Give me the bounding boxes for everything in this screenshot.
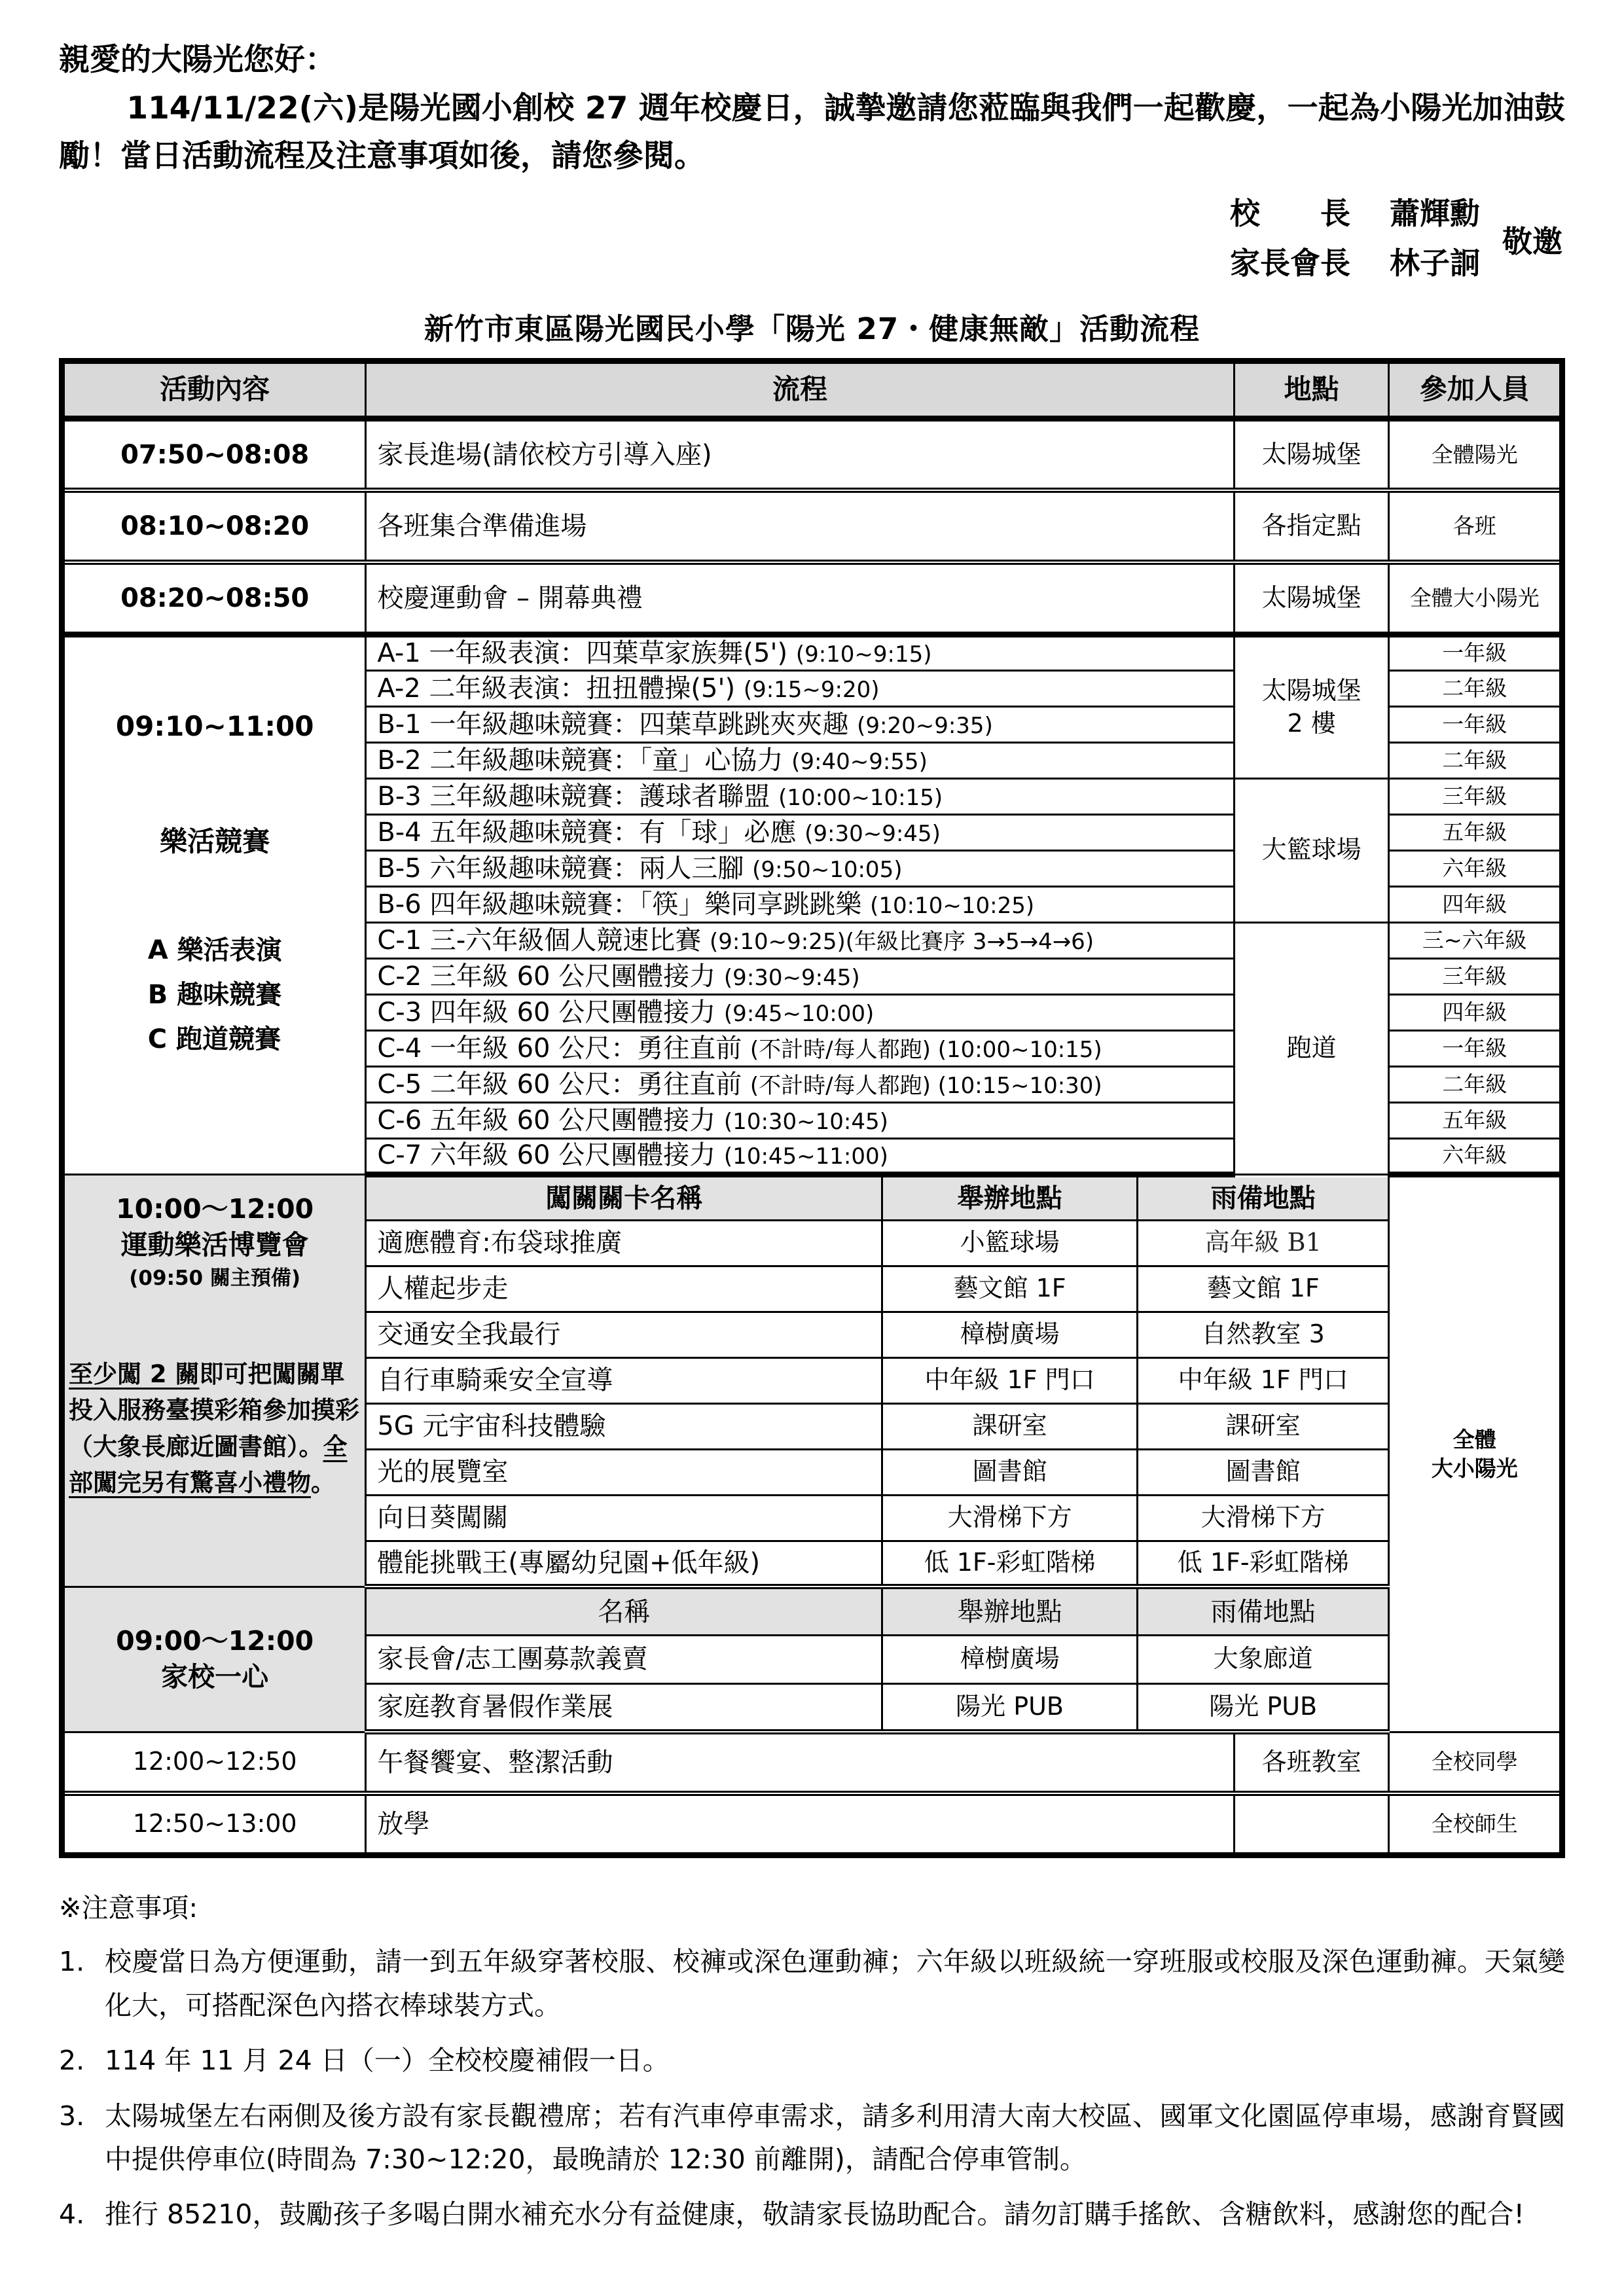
- participants-cell: 全校師生: [1389, 1793, 1562, 1855]
- family-venue-header: 舉辦地點: [882, 1587, 1138, 1635]
- table-row: 12:00~12:50 午餐饗宴、整潔活動 各班教室 全校同學: [62, 1732, 1562, 1793]
- station-name-header: 闖關關卡名稱: [366, 1174, 882, 1220]
- note-number: 4.: [59, 2193, 105, 2236]
- station-rain-venue: 低 1F-彩虹階梯: [1137, 1541, 1389, 1587]
- station-rain-venue: 課研室: [1137, 1403, 1389, 1449]
- station-name: 自行車騎乘安全宣導: [366, 1357, 882, 1403]
- participants-cell: 四年級: [1389, 886, 1562, 922]
- note-item: 2. 114 年 11 月 24 日（一）全校校慶補假一日。: [59, 2039, 1565, 2082]
- station-venue: 低 1F-彩虹階梯: [882, 1541, 1138, 1587]
- time-cell: 12:00~12:50: [62, 1732, 366, 1793]
- event-cell: B-1 一年級趣味競賽：四葉草跳跳夾夾趣 (9:20~9:35): [366, 706, 1234, 742]
- note-text: 校慶當日為方便運動，請一到五年級穿著校服、校褲或深色運動褲；六年級以班級統一穿班…: [105, 1940, 1565, 2027]
- participants-cell: 六年級: [1389, 1138, 1562, 1174]
- place-cell: [1234, 1793, 1389, 1855]
- family-item-venue: 陽光 PUB: [882, 1683, 1138, 1732]
- station-rain-venue: 自然教室 3: [1137, 1312, 1389, 1357]
- flow-cell: 午餐饗宴、整潔活動: [366, 1732, 1234, 1793]
- station-name: 體能挑戰王(專屬幼兒園+低年級): [366, 1541, 882, 1587]
- station-venue: 樟樹廣場: [882, 1312, 1138, 1357]
- table-row: 09:10~11:00 樂活競賽 A 樂活表演 B 趣味競賽 C 跑道競賽 A-…: [62, 634, 1562, 670]
- note-number: 2.: [59, 2039, 105, 2082]
- header-content: 活動內容: [62, 361, 366, 418]
- participants-merged-cell: 全體大小陽光: [1389, 1174, 1562, 1732]
- lohas-legend: A 樂活表演 B 趣味競賽 C 跑道競賽: [148, 935, 282, 1054]
- table-row: 08:10~08:20 各班集合準備進場 各指定點 各班: [62, 490, 1562, 562]
- event-cell: C-4 一年級 60 公尺：勇往直前 (不計時/每人都跑) (10:00~10:…: [366, 1030, 1234, 1066]
- venue-cell: 大籃球場: [1234, 778, 1389, 922]
- greeting-text: 親愛的大陽光您好：: [59, 38, 1565, 82]
- schedule-title: 新竹市東區陽光國民小學「陽光 27・健康無敵」活動流程: [59, 305, 1565, 348]
- participants-cell: 三年級: [1389, 958, 1562, 994]
- flow-cell: 家長進場(請依校方引導入座): [366, 418, 1234, 490]
- time-cell: 08:20~08:50: [62, 562, 366, 634]
- participants-cell: 一年級: [1389, 1030, 1562, 1066]
- document-page: 親愛的大陽光您好： 114/11/22(六)是陽光國小創校 27 週年校慶日，誠…: [0, 0, 1624, 2296]
- note-text: 114 年 11 月 24 日（一）全校校慶補假一日。: [105, 2039, 1565, 2082]
- rain-venue-header: 雨備地點: [1137, 1174, 1389, 1220]
- event-cell: C-7 六年級 60 公尺團體接力 (10:45~11:00): [366, 1138, 1234, 1174]
- participants-cell: 各班: [1389, 490, 1562, 562]
- participants-cell: 全體陽光: [1389, 418, 1562, 490]
- lohas-legend-item: B 趣味競賽: [148, 980, 281, 1010]
- family-time: 09:00～12:00: [65, 1626, 365, 1657]
- place-cell: 太陽城堡: [1234, 562, 1389, 634]
- invite-label: 敬邀: [1502, 211, 1562, 261]
- participants-cell: 五年級: [1389, 1102, 1562, 1138]
- participants-cell: 三~六年級: [1389, 922, 1562, 958]
- participants-cell: 一年級: [1389, 706, 1562, 742]
- station-venue: 圖書館: [882, 1449, 1138, 1495]
- event-cell: A-1 一年級表演：四葉草家族舞(5') (9:10~9:15): [366, 634, 1234, 670]
- participants-cell: 二年級: [1389, 1066, 1562, 1102]
- station-name: 適應體育:布袋球推廣: [366, 1220, 882, 1266]
- participants-cell: 全校同學: [1389, 1732, 1562, 1793]
- note-number: 3.: [59, 2094, 105, 2181]
- participants-cell: 二年級: [1389, 742, 1562, 778]
- venue-header: 舉辦地點: [882, 1174, 1138, 1220]
- participants-cell: 六年級: [1389, 850, 1562, 886]
- participants-cell: 一年級: [1389, 634, 1562, 670]
- expo-section-cell: 10:00～12:00 運動樂活博覽會 (09:50 關主預備) 至少闖 2 關…: [62, 1174, 366, 1587]
- header-flow: 流程: [366, 361, 1234, 418]
- station-name: 向日葵闖關: [366, 1495, 882, 1541]
- principal-title: 校 長: [1230, 190, 1350, 233]
- lohas-section-cell: 09:10~11:00 樂活競賽 A 樂活表演 B 趣味競賽 C 跑道競賽: [62, 634, 366, 1174]
- family-section-cell: 09:00～12:00 家校一心: [62, 1587, 366, 1732]
- header-participants: 參加人員: [1389, 361, 1562, 418]
- participants-cell: 二年級: [1389, 670, 1562, 706]
- chair-title: 家長會長: [1230, 240, 1350, 283]
- principal-name: 蕭輝勳: [1390, 190, 1480, 233]
- lohas-title: 樂活競賽: [160, 826, 270, 857]
- schedule-table: 活動內容 流程 地點 參加人員 07:50~08:08 家長進場(請依校方引導入…: [59, 358, 1565, 1858]
- family-header-row: 09:00～12:00 家校一心 名稱 舉辦地點 雨備地點: [62, 1587, 1562, 1635]
- event-cell: B-3 三年級趣味競賽：護球者聯盟 (10:00~10:15): [366, 778, 1234, 814]
- notes-title: ※注意事項:: [59, 1888, 1565, 1929]
- flow-cell: 放學: [366, 1793, 1234, 1855]
- place-cell: 各班教室: [1234, 1732, 1389, 1793]
- time-cell: 07:50~08:08: [62, 418, 366, 490]
- lohas-time: 09:10~11:00: [116, 711, 314, 742]
- lohas-legend-item: A 樂活表演: [148, 935, 282, 965]
- expo-subtitle: (09:50 關主預備): [129, 1267, 300, 1291]
- chair-line: 家長會長 林子詗: [1230, 240, 1480, 283]
- family-item-name: 家庭教育暑假作業展: [366, 1683, 882, 1732]
- note-number: 1.: [59, 1940, 105, 2027]
- table-row: 07:50~08:08 家長進場(請依校方引導入座) 太陽城堡 全體陽光: [62, 418, 1562, 490]
- station-venue: 中年級 1F 門口: [882, 1357, 1138, 1403]
- notes-section: ※注意事項: 1. 校慶當日為方便運動，請一到五年級穿著校服、校褲或深色運動褲；…: [59, 1888, 1565, 2236]
- participants-cell: 全體大小陽光: [1389, 562, 1562, 634]
- station-venue: 課研室: [882, 1403, 1138, 1449]
- family-title: 家校一心: [65, 1662, 365, 1693]
- place-cell: 太陽城堡: [1234, 418, 1389, 490]
- note-text: 推行 85210，鼓勵孩子多喝白開水補充水分有益健康，敬請家長協助配合。請勿訂購…: [105, 2193, 1565, 2236]
- expo-header-row: 10:00～12:00 運動樂活博覽會 (09:50 關主預備) 至少闖 2 關…: [62, 1174, 1562, 1220]
- family-item-rain: 大象廊道: [1137, 1635, 1389, 1683]
- signature-block: 校 長 蕭輝勳 家長會長 林子詗 敬邀: [59, 190, 1565, 283]
- participants-cell: 三年級: [1389, 778, 1562, 814]
- participants-cell: 四年級: [1389, 994, 1562, 1030]
- event-cell: C-1 三-六年級個人競速比賽 (9:10~9:25)(年級比賽序 3→5→4→…: [366, 922, 1234, 958]
- place-cell: 各指定點: [1234, 490, 1389, 562]
- table-header-row: 活動內容 流程 地點 參加人員: [62, 361, 1562, 418]
- time-cell: 08:10~08:20: [62, 490, 366, 562]
- station-name: 光的展覽室: [366, 1449, 882, 1495]
- station-venue: 大滑梯下方: [882, 1495, 1138, 1541]
- expo-time: 10:00～12:00: [116, 1194, 314, 1225]
- station-name: 交通安全我最行: [366, 1312, 882, 1357]
- event-cell: B-4 五年級趣味競賽：有「球」必應 (9:30~9:45): [366, 814, 1234, 850]
- expo-title: 運動樂活博覽會: [121, 1230, 309, 1261]
- lohas-legend-item: C 跑道競賽: [148, 1024, 281, 1054]
- family-item-rain: 陽光 PUB: [1137, 1683, 1389, 1732]
- event-cell: B-5 六年級趣味競賽：兩人三腳 (9:50~10:05): [366, 850, 1234, 886]
- time-cell: 12:50~13:00: [62, 1793, 366, 1855]
- flow-cell: 各班集合準備進場: [366, 490, 1234, 562]
- event-cell: C-6 五年級 60 公尺團體接力 (10:30~10:45): [366, 1102, 1234, 1138]
- participants-cell: 五年級: [1389, 814, 1562, 850]
- expo-stack: 10:00～12:00 運動樂活博覽會 (09:50 關主預備) 至少闖 2 關…: [65, 1175, 365, 1501]
- event-cell: B-6 四年級趣味競賽：「筷」樂同享跳跳樂 (10:10~10:25): [366, 886, 1234, 922]
- expo-note: 至少闖 2 關即可把闖關單投入服務臺摸彩箱參加摸彩（大象長廊近圖書館）。全部闖完…: [65, 1356, 365, 1501]
- station-rain-venue: 圖書館: [1137, 1449, 1389, 1495]
- station-name: 人權起步走: [366, 1266, 882, 1312]
- header-place: 地點: [1234, 361, 1389, 418]
- principal-line: 校 長 蕭輝勳: [1230, 190, 1480, 233]
- station-rain-venue: 大滑梯下方: [1137, 1495, 1389, 1541]
- family-item-venue: 樟樹廣場: [882, 1635, 1138, 1683]
- table-row: 12:50~13:00 放學 全校師生: [62, 1793, 1562, 1855]
- station-rain-venue: 中年級 1F 門口: [1137, 1357, 1389, 1403]
- intro-paragraph: 114/11/22(六)是陽光國小創校 27 週年校慶日，誠摯邀請您蒞臨與我們一…: [59, 85, 1565, 181]
- event-cell: C-5 二年級 60 公尺：勇往直前 (不計時/每人都跑) (10:15~10:…: [366, 1066, 1234, 1102]
- chair-name: 林子詗: [1390, 240, 1480, 283]
- event-cell: C-2 三年級 60 公尺團體接力 (9:30~9:45): [366, 958, 1234, 994]
- flow-cell: 校慶運動會 – 開幕典禮: [366, 562, 1234, 634]
- event-cell: C-3 四年級 60 公尺團體接力 (9:45~10:00): [366, 994, 1234, 1030]
- note-item: 1. 校慶當日為方便運動，請一到五年級穿著校服、校褲或深色運動褲；六年級以班級統…: [59, 1940, 1565, 2027]
- table-row: 08:20~08:50 校慶運動會 – 開幕典禮 太陽城堡 全體大小陽光: [62, 562, 1562, 634]
- note-text: 太陽城堡左右兩側及後方設有家長觀禮席；若有汽車停車需求，請多利用清大南大校區、國…: [105, 2094, 1565, 2181]
- station-rain-venue: 高年級 B1: [1137, 1220, 1389, 1266]
- event-cell: B-2 二年級趣味競賽：「童」心協力 (9:40~9:55): [366, 742, 1234, 778]
- venue-cell: 太陽城堡2 樓: [1234, 634, 1389, 778]
- venue-cell: 跑道: [1234, 922, 1389, 1174]
- family-item-name: 家長會/志工團募款義賣: [366, 1635, 882, 1683]
- station-venue: 小籃球場: [882, 1220, 1138, 1266]
- note-item: 4. 推行 85210，鼓勵孩子多喝白開水補充水分有益健康，敬請家長協助配合。請…: [59, 2193, 1565, 2236]
- signature-lines: 校 長 蕭輝勳 家長會長 林子詗: [1230, 190, 1480, 283]
- note-item: 3. 太陽城堡左右兩側及後方設有家長觀禮席；若有汽車停車需求，請多利用清大南大校…: [59, 2094, 1565, 2181]
- station-venue: 藝文館 1F: [882, 1266, 1138, 1312]
- event-cell: A-2 二年級表演：扭扭體操(5') (9:15~9:20): [366, 670, 1234, 706]
- family-rain-header: 雨備地點: [1137, 1587, 1389, 1635]
- family-name-header: 名稱: [366, 1587, 882, 1635]
- lohas-stack: 09:10~11:00 樂活競賽 A 樂活表演 B 趣味競賽 C 跑道競賽: [65, 698, 365, 1113]
- station-rain-venue: 藝文館 1F: [1137, 1266, 1389, 1312]
- station-name: 5G 元宇宙科技體驗: [366, 1403, 882, 1449]
